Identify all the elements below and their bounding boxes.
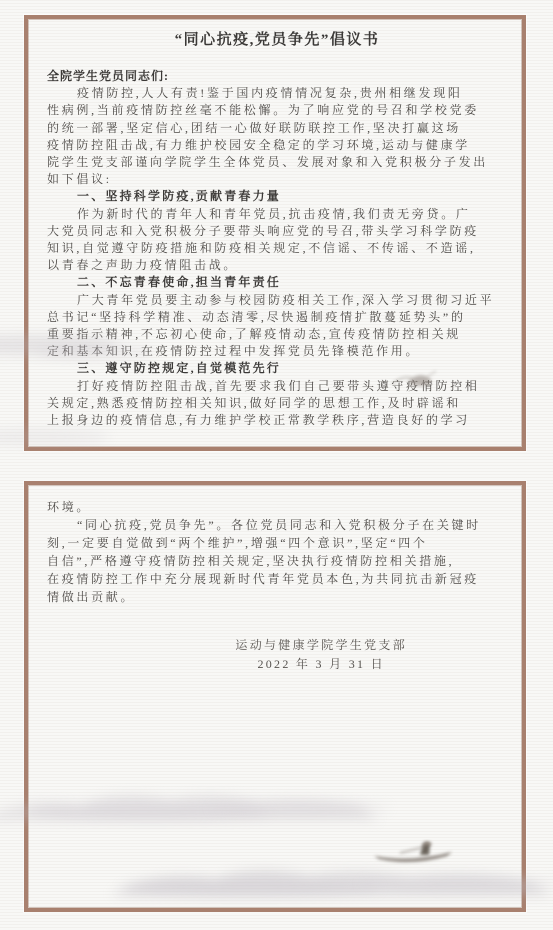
text-line: 在疫情防控工作中充分展现新时代青年党员本色,为共同抗击新冠疫 [47,570,507,588]
text-line: 重要指示精神,不忘初心使命,了解疫情动态,宣传疫情防控相关规 [47,326,507,343]
date: 2022 年 3 月 31 日 [235,655,407,674]
page-1: “同心抗疫,党员争先”倡议书 全院学生党员同志们: 疫情防控,人人有责!鉴于国内… [24,15,526,451]
signature-block: 运动与健康学院学生党支部 2022 年 3 月 31 日 [235,636,407,674]
section-heading-1: 一、坚持科学防疫,贡献青春力量 [47,188,507,205]
text-line: 定和基本知识,在疫情防控过程中发挥党员先锋模范作用。 [47,343,507,360]
document-canvas: “同心抗疫,党员争先”倡议书 全院学生党员同志们: 疫情防控,人人有责!鉴于国内… [0,0,553,930]
text-line: 知识,自觉遵守防疫措施和防疫相关规定,不信谣、不传谣、不造谣, [47,240,507,257]
text-line: 关规定,熟悉疫情防控相关知识,做好同学的思想工作,及时辟谣和 [47,395,507,412]
page-1-content: “同心抗疫,党员争先”倡议书 全院学生党员同志们: 疫情防控,人人有责!鉴于国内… [28,29,522,429]
page-2-content: 环境。 “同心抗疫,党员争先”。各位党员同志和入党积极分子在关键时 刻,一定要自… [28,485,522,674]
text-line: 如下倡议: [47,171,507,188]
text-line: 情做出贡献。 [47,588,507,606]
text-line: 环境。 [47,498,507,516]
text-line: 大党员同志和入党积极分子要带头响应党的号召,带头学习科学防疫 [47,223,507,240]
salutation: 全院学生党员同志们: [47,68,507,85]
text-line: 打好疫情防控阻击战,首先要求我们自己要带头遵守疫情防控相 [47,378,507,395]
text-line: 自信”,严格遵守疫情防控相关规定,坚决执行疫情防控相关措施, [47,552,507,570]
text-line: “同心抗疫,党员争先”。各位党员同志和入党积极分子在关键时 [47,516,507,534]
text-line: 性病例,当前疫情防控丝毫不能松懈。为了响应党的号召和学校党委 [47,102,507,119]
text-line: 总书记“坚持科学精准、动态清零,尽快遏制疫情扩散蔓延势头”的 [47,309,507,326]
document-title: “同心抗疫,党员争先”倡议书 [47,29,507,51]
text-line: 广大青年党员要主动参与校园防疫相关工作,深入学习贯彻习近平 [47,292,507,309]
text-line: 上报身边的疫情信息,有力维护学校正常教学秩序,营造良好的学习 [47,412,507,429]
text-line: 刻,一定要自觉做到“两个维护”,增强“四个意识”,坚定“四个 [47,534,507,552]
text-line: 以青春之声助力疫情阻击战。 [47,257,507,274]
section-heading-2: 二、不忘青春使命,担当青年责任 [47,274,507,291]
text-line: 院学生党支部谨向学院学生全体党员、发展对象和入党积极分子发出 [47,154,507,171]
text-line: 疫情防控,人人有责!鉴于国内疫情情况复杂,贵州相继发现阳 [47,85,507,102]
signature: 运动与健康学院学生党支部 [235,636,407,655]
text-line: 的统一部署,坚定信心,团结一心做好联防联控工作,坚决打赢这场 [47,120,507,137]
section-heading-3: 三、遵守防控规定,自觉模范先行 [47,360,507,377]
text-line: 疫情防控阻击战,有力维护校园安全稳定的学习环境,运动与健康学 [47,137,507,154]
text-line: 作为新时代的青年人和青年党员,抗击疫情,我们责无旁贷。广 [47,206,507,223]
page-2: 环境。 “同心抗疫,党员争先”。各位党员同志和入党积极分子在关键时 刻,一定要自… [24,481,526,912]
